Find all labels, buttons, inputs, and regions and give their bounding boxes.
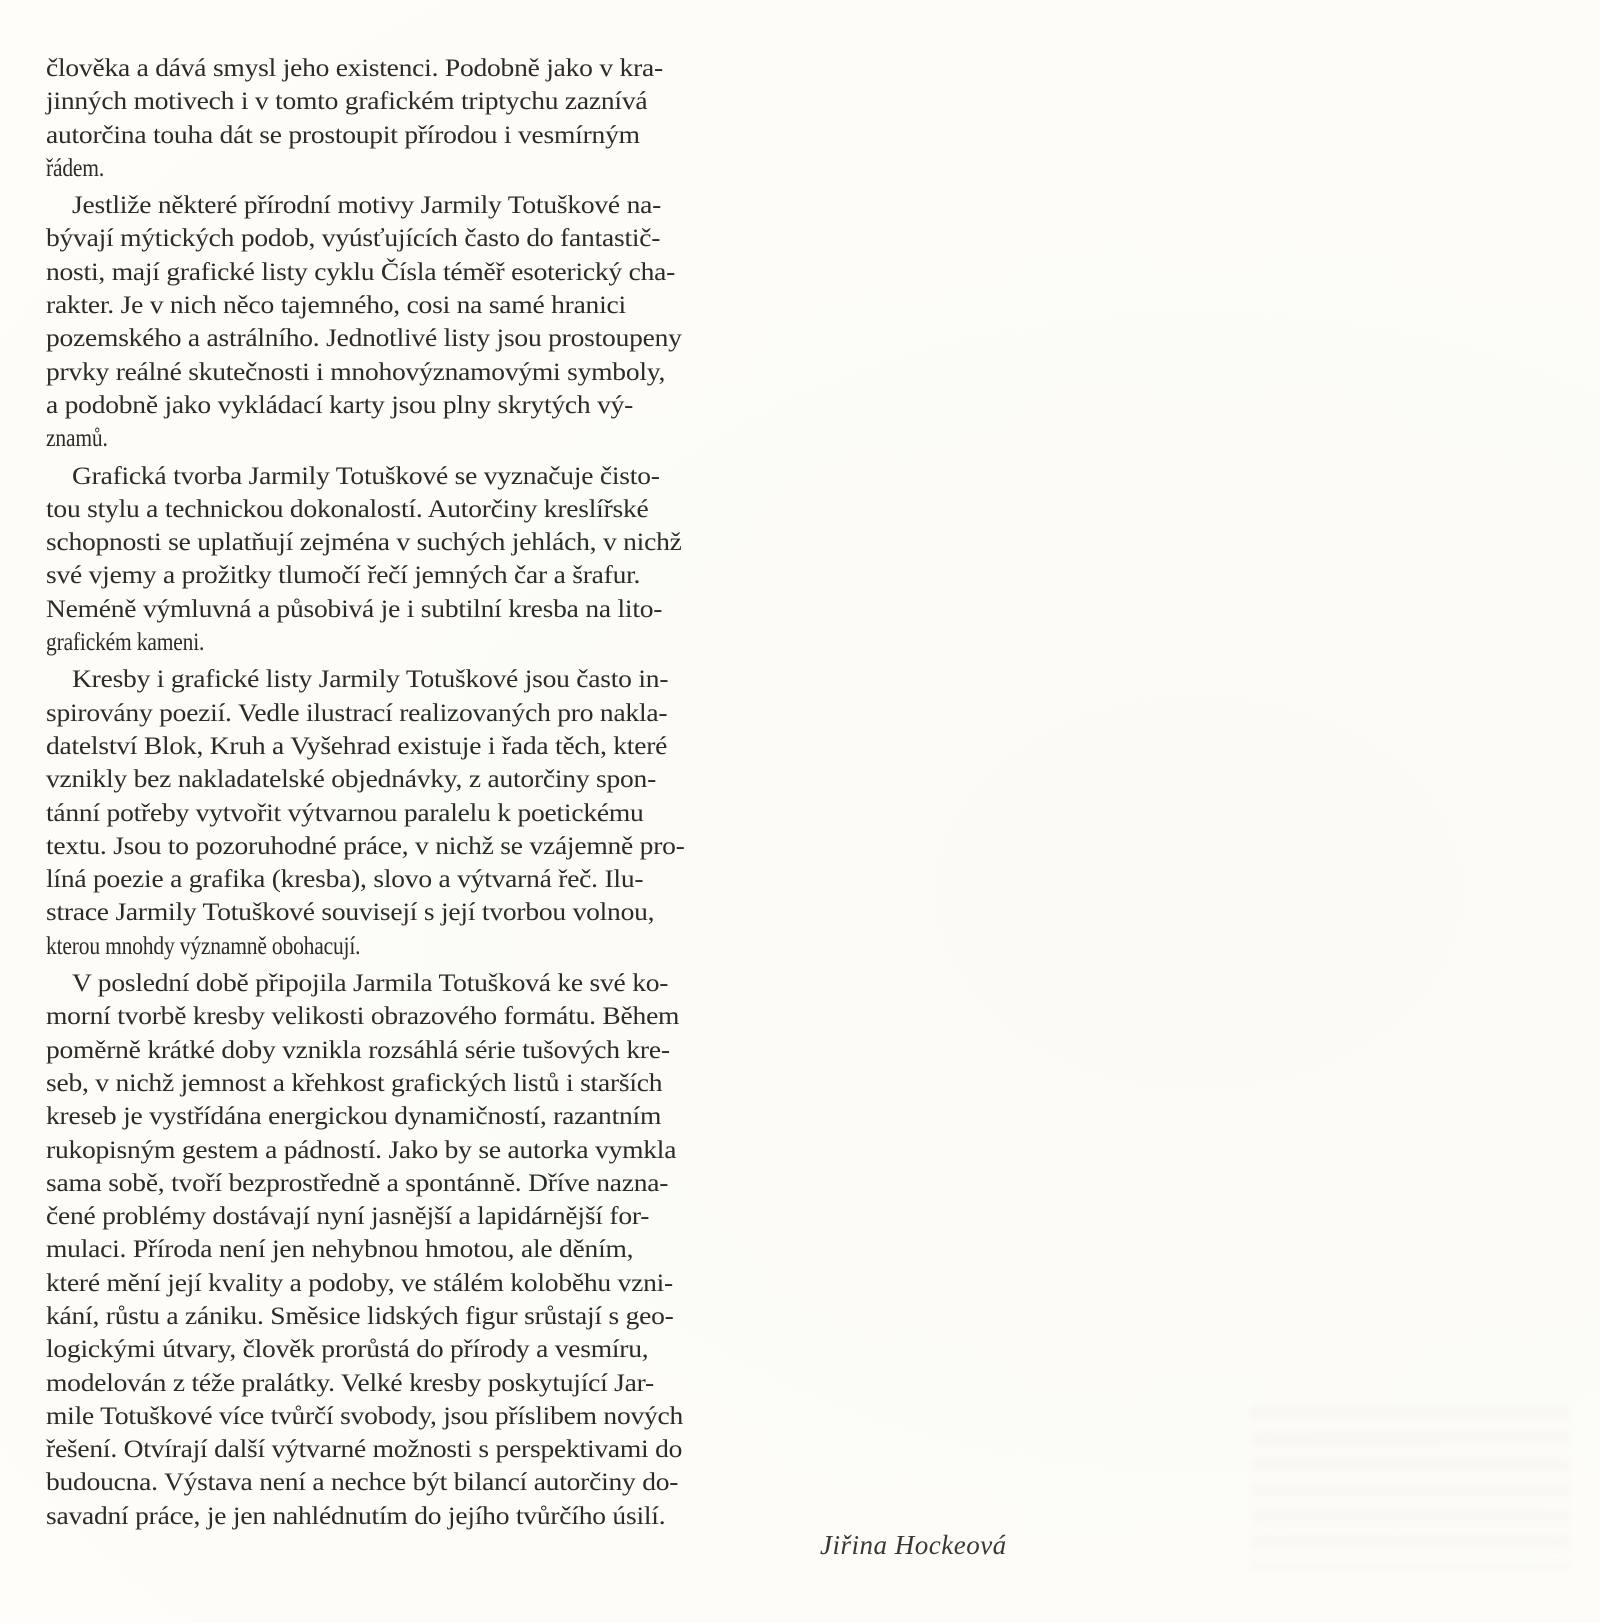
- paragraph-4: Kresby i grafické listy Jarmily Totuškov…: [46, 663, 786, 963]
- text-line: savadní práce, je jen nahlédnutím do jej…: [46, 1500, 786, 1533]
- text-line: Jestliže některé přírodní motivy Jarmily…: [46, 189, 786, 222]
- text-line: seb, v nichž jemnost a křehkost grafický…: [46, 1067, 786, 1100]
- reverse-page-bleed-through: [1250, 1400, 1570, 1570]
- text-line: mile Totuškové více tvůrčí svobody, jsou…: [46, 1400, 786, 1433]
- text-line: člověka a dává smysl jeho existenci. Pod…: [46, 52, 786, 85]
- text-line: autorčina touha dát se prostoupit přírod…: [46, 119, 786, 152]
- paragraph-2: Jestliže některé přírodní motivy Jarmily…: [46, 189, 786, 455]
- text-line: textu. Jsou to pozoruhodné práce, v nich…: [46, 830, 786, 863]
- text-line: pozemského a astrálního. Jednotlivé list…: [46, 322, 786, 355]
- text-line: jinných motivech i v tomto grafickém tri…: [46, 85, 786, 118]
- text-line: tou stylu a technickou dokonalostí. Auto…: [46, 493, 786, 526]
- text-line: své vjemy a prožitky tlumočí řečí jemnýc…: [46, 559, 786, 592]
- paragraph-1: člověka a dává smysl jeho existenci. Pod…: [46, 52, 786, 185]
- text-line: kreseb je vystřídána energickou dynamičn…: [46, 1100, 786, 1133]
- text-line: rukopisným gestem a pádností. Jako by se…: [46, 1134, 786, 1167]
- text-line: morní tvorbě kresby velikosti obrazového…: [46, 1000, 786, 1033]
- text-line: schopnosti se uplatňují zejména v suchýc…: [46, 526, 786, 559]
- text-line: strace Jarmily Totuškové souvisejí s jej…: [46, 896, 786, 929]
- text-line: mulaci. Příroda není jen nehybnou hmotou…: [46, 1233, 786, 1266]
- paragraph-3: Grafická tvorba Jarmily Totuškové se vyz…: [46, 460, 786, 660]
- text-line: V poslední době připojila Jarmila Totušk…: [46, 967, 786, 1000]
- text-line: kterou mnohdy významně obohacují.: [46, 930, 786, 963]
- paragraph-5: V poslední době připojila Jarmila Totušk…: [46, 967, 786, 1533]
- text-line: kání, růstu a zániku. Směsice lidských f…: [46, 1300, 786, 1333]
- text-line: čené problémy dostávají nyní jasnější a …: [46, 1200, 786, 1233]
- text-line: modelován z téže pralátky. Velké kresby …: [46, 1367, 786, 1400]
- text-line: vznikly bez nakladatelské objednávky, z …: [46, 763, 786, 796]
- text-line: nosti, mají grafické listy cyklu Čísla t…: [46, 256, 786, 289]
- text-line: rakter. Je v nich něco tajemného, cosi n…: [46, 289, 786, 322]
- text-line: které mění její kvality a podoby, ve stá…: [46, 1267, 786, 1300]
- text-line: tánní potřeby vytvořit výtvarnou paralel…: [46, 797, 786, 830]
- text-line: Grafická tvorba Jarmily Totuškové se vyz…: [46, 460, 786, 493]
- text-line: grafickém kameni.: [46, 626, 786, 659]
- text-line: budoucna. Výstava není a nechce být bila…: [46, 1466, 786, 1499]
- text-line: sama sobě, tvoří bezprostředně a spontán…: [46, 1167, 786, 1200]
- text-line: poměrně krátké doby vznikla rozsáhlá sér…: [46, 1034, 786, 1067]
- text-line: Neméně výmluvná a působivá je i subtilní…: [46, 593, 786, 626]
- text-line: a podobně jako vykládací karty jsou plny…: [46, 389, 786, 422]
- text-column: člověka a dává smysl jeho existenci. Pod…: [46, 52, 786, 1533]
- book-page: člověka a dává smysl jeho existenci. Pod…: [0, 0, 1600, 1623]
- text-line: spirovány poezií. Vedle ilustrací realiz…: [46, 697, 786, 730]
- text-line: datelství Blok, Kruh a Vyšehrad existuje…: [46, 730, 786, 763]
- text-line: Kresby i grafické listy Jarmily Totuškov…: [46, 663, 786, 696]
- text-line: logickými útvary, člověk prorůstá do pří…: [46, 1333, 786, 1366]
- text-line: bývají mýtických podob, vyúsťujících čas…: [46, 222, 786, 255]
- text-line: líná poezie a grafika (kresba), slovo a …: [46, 863, 786, 896]
- text-line: řádem.: [46, 152, 786, 185]
- text-line: prvky reálné skutečnosti i mnohovýznamov…: [46, 356, 786, 389]
- author-signature: Jiřina Hockeová: [820, 1530, 1007, 1561]
- text-line: znamů.: [46, 422, 786, 455]
- text-line: řešení. Otvírají další výtvarné možnosti…: [46, 1433, 786, 1466]
